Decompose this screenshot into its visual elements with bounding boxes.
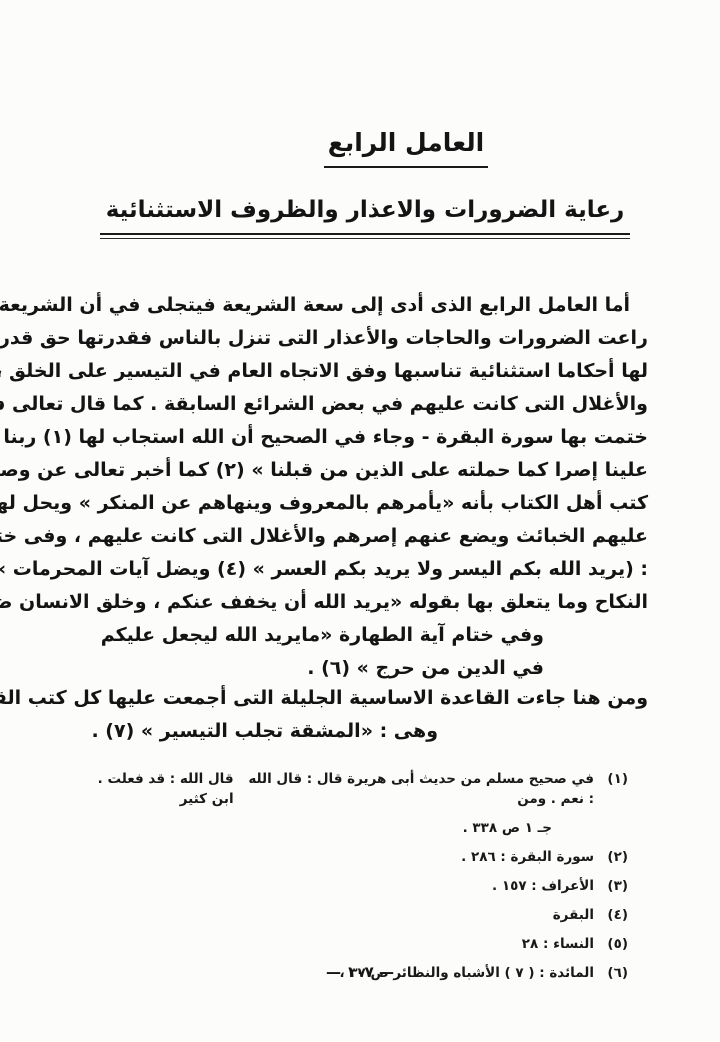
body-line: ومن هنا جاءت القاعدة الاساسية الجليلة ال…: [73, 682, 648, 715]
footnote-4: (٤) البقرة: [75, 905, 628, 925]
footnote-number: (٥): [594, 934, 628, 954]
body-line: لها أحكاما استثنائية تناسبها وفق الاتجاه…: [73, 355, 648, 388]
body-paragraph-1: أما العامل الرابع الذى أدى إلى سعة الشري…: [73, 289, 648, 685]
footnote-number: (٢): [594, 847, 628, 867]
footnote-text: الأعراف : ١٥٧ .: [75, 876, 594, 896]
body-line: : (يريد الله بكم اليسر ولا يريد بكم العس…: [73, 553, 648, 586]
chapter-heading-row: العامل الرابع: [0, 128, 720, 168]
body-line: النكاح وما يتعلق بها بقوله «يريد الله أن…: [73, 586, 648, 619]
page-title: العامل الرابع: [324, 128, 489, 168]
footnote-1: (١) في صحيح مسلم من حديث أبى هريرة قال :…: [75, 769, 628, 838]
page-number: — ١٠٧ —: [0, 963, 720, 981]
page-subtitle: رعاية الضرورات والاعذار والظروف الاستثنا…: [100, 197, 631, 235]
footnote-text: البقرة: [75, 905, 594, 925]
body-paragraph-2: ومن هنا جاءت القاعدة الاساسية الجليلة ال…: [73, 682, 648, 748]
scanned-book-page: العامل الرابع رعاية الضرورات والاعذار وا…: [0, 0, 720, 1042]
body-line: والأغلال التى كانت عليهم في بعض الشرائع …: [73, 388, 648, 421]
footnotes-section: (١) في صحيح مسلم من حديث أبى هريرة قال :…: [75, 769, 628, 992]
footnote-body: في صحيح مسلم من حديث أبى هريرة قال : قال…: [75, 769, 594, 838]
footnote-number: (٤): [594, 905, 628, 925]
body-line: كتب أهل الكتاب بأنه «يأمرهم بالمعروف وين…: [73, 487, 648, 520]
footnote-number: (٣): [594, 876, 628, 896]
body-line: علينا إصرا كما حملته على الذين من قبلنا …: [73, 454, 648, 487]
body-line: وهى : «المشقة تجلب التيسير » (٧) .: [73, 715, 648, 748]
body-line: وفي ختام آية الطهارة «مايريد الله ليجعل …: [73, 619, 648, 685]
body-line: عليهم الخبائث ويضع عنهم إصرهم والأغلال ا…: [73, 520, 648, 553]
footnote-text: في صحيح مسلم من حديث أبى هريرة قال : قال…: [246, 769, 594, 809]
body-line: أما العامل الرابع الذى أدى إلى سعة الشري…: [73, 289, 648, 322]
footnote-5: (٥) النساء : ٢٨: [75, 934, 628, 954]
body-line: راعت الضرورات والحاجات والأعذار التى تنز…: [73, 322, 648, 355]
chapter-subheading-row: رعاية الضرورات والاعذار والظروف الاستثنا…: [0, 197, 720, 235]
footnote-continuation: جـ ١ ص ٣٣٨ .: [75, 818, 594, 838]
footnote-line: في صحيح مسلم من حديث أبى هريرة قال : قال…: [75, 769, 594, 809]
footnote-text: سورة البقرة : ٢٨٦ .: [75, 847, 594, 867]
footnote-3: (٣) الأعراف : ١٥٧ .: [75, 876, 628, 896]
footnote-text: النساء : ٢٨: [75, 934, 594, 954]
footnote-2: (٢) سورة البقرة : ٢٨٦ .: [75, 847, 628, 867]
footnote-number: (١): [594, 769, 628, 838]
body-line: ختمت بها سورة البقرة - وجاء في الصحيح أن…: [73, 421, 648, 454]
footnote-text-left: قال الله : قد فعلت . ابن كثير: [75, 769, 234, 809]
